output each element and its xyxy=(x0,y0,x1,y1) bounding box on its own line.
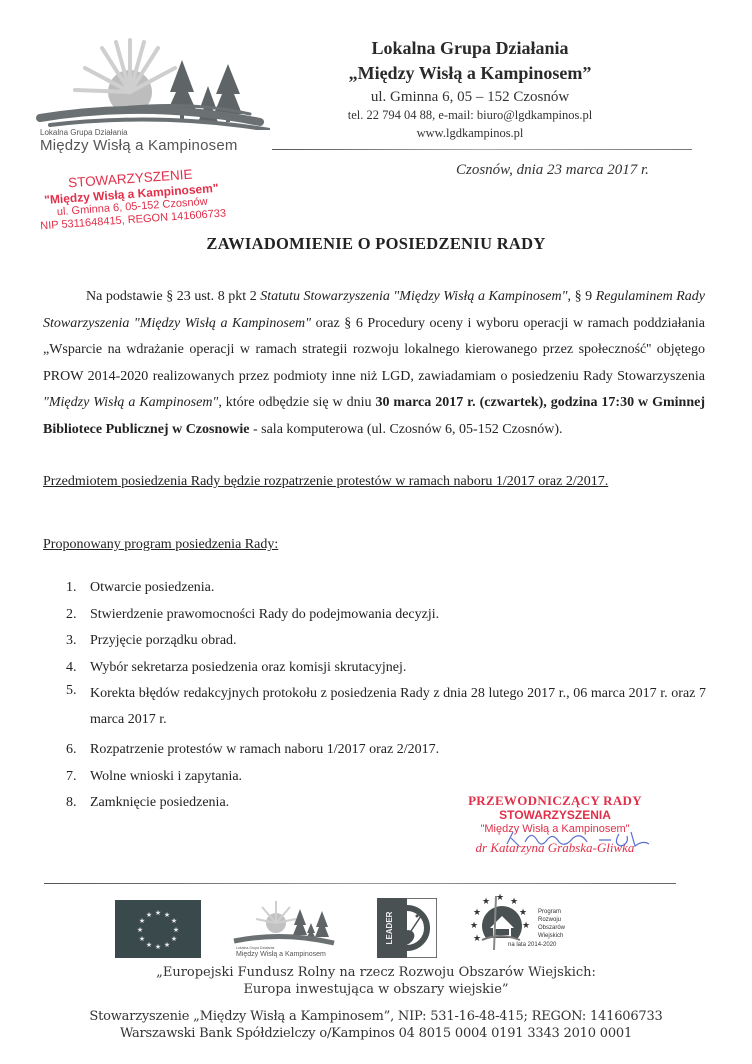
svg-text:★: ★ xyxy=(139,935,145,943)
agenda-number: 3. xyxy=(66,631,77,650)
svg-text:Lokalna Grupa Działania: Lokalna Grupa Działania xyxy=(236,946,274,950)
agenda-number: 2. xyxy=(66,605,77,624)
agenda-item: 5.Korekta błędów redakcyjnych protokołu … xyxy=(66,681,706,733)
agenda-text: Stwierdzenie prawomocności Rady do podej… xyxy=(90,605,706,624)
footer-bank-account: Warszawski Bank Spółdzielczy o/Kampinos … xyxy=(0,1025,752,1042)
agenda-number: 4. xyxy=(66,658,77,677)
agenda-text: Przyjęcie porządku obrad. xyxy=(90,631,706,650)
svg-text:★: ★ xyxy=(155,909,161,917)
svg-text:★: ★ xyxy=(164,941,170,949)
svg-text:★: ★ xyxy=(519,908,527,918)
prow-text-line: Program xyxy=(538,908,565,916)
document-title: ZAWIADOMIENIE O POSIEDZENIU RADY xyxy=(0,234,752,254)
logo-caption-small: Lokalna Grupa Działania xyxy=(40,128,128,137)
lgd-logo: Lokalna Grupa Działania Między Wisłą a K… xyxy=(30,30,270,160)
body-paragraph: Na podstawie § 23 ust. 8 pkt 2 Statutu S… xyxy=(43,284,705,443)
prow-years: na lata 2014-2020 xyxy=(508,942,556,948)
org-name-line1: Lokalna Grupa Działania xyxy=(300,36,640,61)
agenda-item: 1.Otwarcie posiedzenia. xyxy=(66,578,706,597)
svg-text:Między Wisłą a Kampinosem: Między Wisłą a Kampinosem xyxy=(236,951,326,958)
svg-text:LEADER: LEADER xyxy=(385,911,394,944)
svg-text:★: ★ xyxy=(482,897,490,907)
svg-text:★: ★ xyxy=(510,897,518,907)
svg-text:★: ★ xyxy=(473,908,481,918)
footer-divider xyxy=(44,883,676,884)
agenda-number: 7. xyxy=(66,767,77,786)
org-stamp: STOWARZYSZENIE "Między Wisłą a Kampinose… xyxy=(30,164,233,234)
prow-text-line: Wiejskich xyxy=(538,932,565,940)
signature-role: PRZEWODNICZĄCY RADY xyxy=(455,793,655,808)
org-header: Lokalna Grupa Działania „Między Wisłą a … xyxy=(300,36,640,142)
lgd-logo-footer: Lokalna Grupa Działania Między Wisłą a K… xyxy=(228,895,338,959)
prow-text: Program Rozwoju Obszarów Wiejskich xyxy=(538,908,565,940)
body-text: , które odbędzie się w dniu xyxy=(218,395,375,410)
agenda-text: Rozpatrzenie protestów w ramach naboru 1… xyxy=(90,740,706,759)
agenda-item: 2.Stwierdzenie prawomocności Rady do pod… xyxy=(66,605,706,624)
prow-logo-icon: ★★★ ★★★ ★★ Program Rozwoju Obszarów Wiej… xyxy=(460,890,580,956)
eu-stars-icon: ★★★ ★★★ ★★★ ★★★ xyxy=(115,900,201,958)
svg-text:★: ★ xyxy=(164,911,170,919)
program-heading: Proponowany program posiedzenia Rady: xyxy=(43,537,278,553)
lgd-sun-trees-small-icon: Lokalna Grupa Działania Między Wisłą a K… xyxy=(228,895,338,959)
header-divider xyxy=(272,149,692,150)
agenda-text: Wybór sekretarza posiedzenia oraz komisj… xyxy=(90,658,706,677)
handwritten-signature-icon xyxy=(503,828,653,850)
agenda-item: 6.Rozpatrzenie protestów w ramach naboru… xyxy=(66,740,706,759)
prow-text-line: Rozwoju xyxy=(538,916,565,924)
leader-logo-icon: LEADER xyxy=(377,898,437,958)
svg-text:★: ★ xyxy=(522,921,530,931)
org-address: ul. Gminna 6, 05 – 152 Czosnów xyxy=(300,87,640,107)
svg-text:★: ★ xyxy=(496,893,504,903)
agenda-text: Otwarcie posiedzenia. xyxy=(90,578,706,597)
svg-text:★: ★ xyxy=(139,917,145,925)
svg-text:★: ★ xyxy=(173,926,179,934)
org-website: www.lgdkampinos.pl xyxy=(300,124,640,142)
footer-org-ids: Stowarzyszenie „Między Wisłą a Kampinose… xyxy=(0,1008,752,1025)
agenda-item: 3.Przyjęcie porządku obrad. xyxy=(66,631,706,650)
statute-reference: Statutu Stowarzyszenia "Między Wisłą a K… xyxy=(260,289,567,304)
eafrd-slogan-line2: Europa inwestująca w obszary wiejskie” xyxy=(0,981,752,998)
agenda-item: 4.Wybór sekretarza posiedzenia oraz komi… xyxy=(66,658,706,677)
body-text: Na podstawie § 23 ust. 8 pkt 2 xyxy=(86,289,260,304)
prow-text-line: Obszarów xyxy=(538,924,565,932)
association-name: "Między Wisłą a Kampinosem" xyxy=(43,395,218,410)
eafrd-slogan: „Europejski Fundusz Rolny na rzecz Rozwo… xyxy=(0,964,752,998)
svg-text:★: ★ xyxy=(146,941,152,949)
agenda-number: 1. xyxy=(66,578,77,597)
footer-registration: Stowarzyszenie „Między Wisłą a Kampinose… xyxy=(0,1008,752,1042)
agenda-text: Wolne wnioski i zapytania. xyxy=(90,767,706,786)
agenda-list: 1.Otwarcie posiedzenia. 2.Stwierdzenie p… xyxy=(66,578,706,820)
body-text: - sala komputerowa (ul. Czosnów 6, 05-15… xyxy=(249,422,562,437)
meeting-subject: Przedmiotem posiedzenia Rady będzie rozp… xyxy=(43,474,608,490)
svg-text:★: ★ xyxy=(171,917,177,925)
signature-org: STOWARZYSZENIA xyxy=(455,808,655,822)
agenda-item: 7.Wolne wnioski i zapytania. xyxy=(66,767,706,786)
svg-text:★: ★ xyxy=(155,943,161,951)
svg-text:★: ★ xyxy=(171,935,177,943)
svg-text:★: ★ xyxy=(470,921,478,931)
svg-text:★: ★ xyxy=(137,926,143,934)
agenda-number: 6. xyxy=(66,740,77,759)
leader-emblem-icon: LEADER xyxy=(377,898,437,958)
date-line: Czosnów, dnia 23 marca 2017 r. xyxy=(456,162,649,179)
agenda-text: Korekta błędów redakcyjnych protokołu z … xyxy=(90,681,706,733)
lgd-sun-trees-icon xyxy=(30,30,270,130)
svg-text:★: ★ xyxy=(473,934,481,944)
svg-text:★: ★ xyxy=(146,911,152,919)
agenda-number: 5. xyxy=(66,681,77,700)
org-contact: tel. 22 794 04 88, e-mail: biuro@lgdkamp… xyxy=(300,107,640,124)
agenda-number: 8. xyxy=(66,793,77,812)
body-text: , § 9 xyxy=(568,289,596,304)
org-name-line2: „Między Wisłą a Kampinosem” xyxy=(300,61,640,86)
logo-caption-large: Między Wisłą a Kampinosem xyxy=(40,137,238,154)
eafrd-slogan-line1: „Europejski Fundusz Rolny na rzecz Rozwo… xyxy=(0,964,752,981)
eu-flag-icon: ★★★ ★★★ ★★★ ★★★ xyxy=(115,900,201,958)
